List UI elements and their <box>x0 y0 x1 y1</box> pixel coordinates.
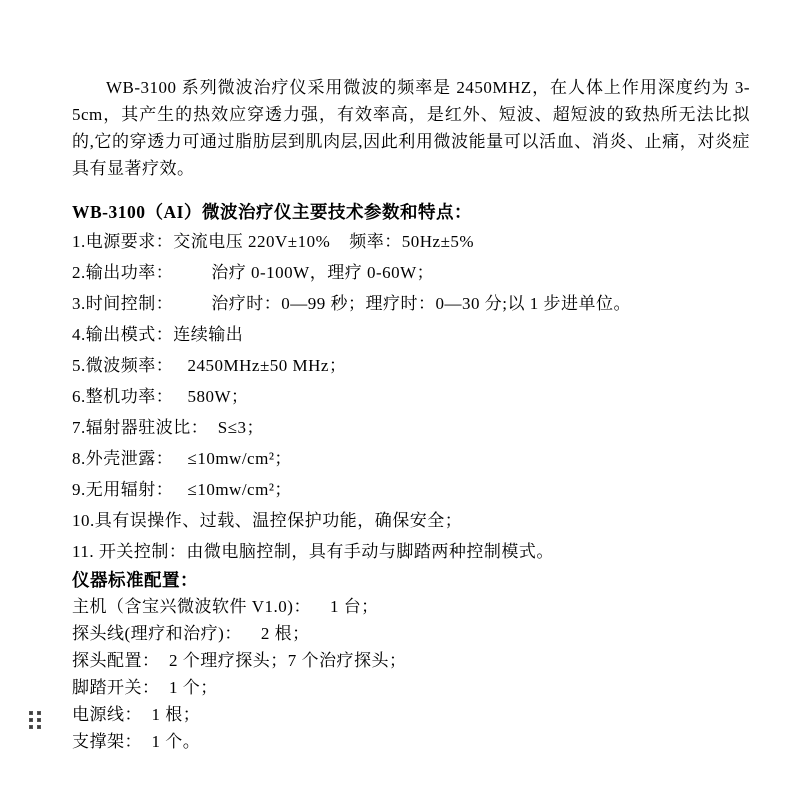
spec-item-radiator-vswr: 7.辐射器驻波比： S≤3； <box>72 412 750 443</box>
spec-item-power-requirement: 1.电源要求：交流电压 220V±10% 频率：50Hz±5% <box>72 226 750 257</box>
config-list: 主机（含宝兴微波软件 V1.0)： 1 台； 探头线(理疗和治疗)： 2 根； … <box>72 593 750 755</box>
handle-dot <box>29 718 33 722</box>
config-item-foot-switch: 脚踏开关： 1 个； <box>72 674 750 701</box>
drag-handle-dots-icon[interactable] <box>29 711 41 729</box>
config-heading: 仪器标准配置： <box>72 567 750 593</box>
handle-dot <box>37 725 41 729</box>
spec-item-switch-control: 11. 开关控制：由微电脑控制，具有手动与脚踏两种控制模式。 <box>72 536 750 567</box>
spec-item-protection: 10.具有误操作、过载、温控保护功能，确保安全； <box>72 505 750 536</box>
config-item-power-cord: 电源线： 1 根； <box>72 701 750 728</box>
config-item-probe-cable: 探头线(理疗和治疗)： 2 根； <box>72 620 750 647</box>
handle-dot <box>37 711 41 715</box>
intro-paragraph: WB-3100 系列微波治疗仪采用微波的频率是 2450MHZ，在人体上作用深度… <box>72 74 750 182</box>
spec-item-output-power: 2.输出功率： 治疗 0-100W，理疗 0-60W； <box>72 257 750 288</box>
spec-item-microwave-frequency: 5.微波频率： 2450MHz±50 MHz； <box>72 350 750 381</box>
config-item-host: 主机（含宝兴微波软件 V1.0)： 1 台； <box>72 593 750 620</box>
spec-item-shell-leakage: 8.外壳泄露： ≤10mw/cm²； <box>72 443 750 474</box>
config-item-probe-set: 探头配置： 2 个理疗探头；7 个治疗探头； <box>72 647 750 674</box>
handle-dot <box>37 718 41 722</box>
spec-list: 1.电源要求：交流电压 220V±10% 频率：50Hz±5% 2.输出功率： … <box>72 226 750 567</box>
spec-item-useless-radiation: 9.无用辐射： ≤10mw/cm²； <box>72 474 750 505</box>
document-page: WB-3100 系列微波治疗仪采用微波的频率是 2450MHZ，在人体上作用深度… <box>72 57 750 755</box>
spec-item-output-mode: 4.输出模式：连续输出 <box>72 319 750 350</box>
spec-item-machine-power: 6.整机功率： 580W； <box>72 381 750 412</box>
spec-item-time-control: 3.时间控制： 治疗时：0—99 秒；理疗时：0—30 分;以 1 步进单位。 <box>72 288 750 319</box>
handle-dot <box>29 711 33 715</box>
config-item-support-stand: 支撑架： 1 个。 <box>72 728 750 755</box>
specs-heading: WB-3100（AI）微波治疗仪主要技术参数和特点： <box>72 199 750 226</box>
handle-dot <box>29 725 33 729</box>
